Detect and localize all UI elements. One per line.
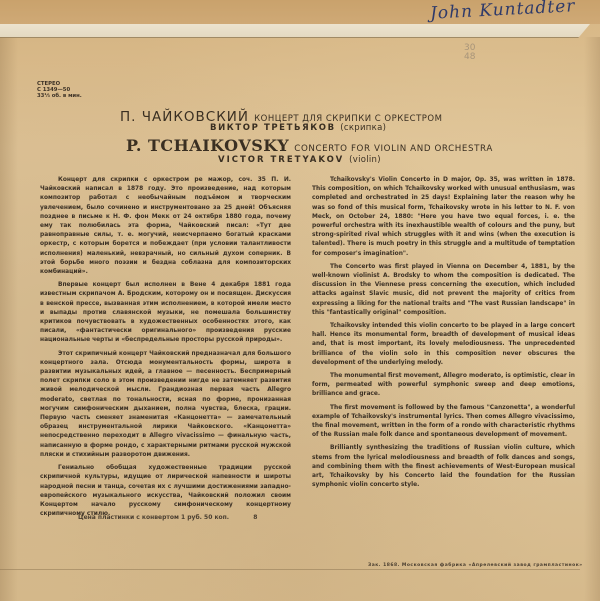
price-code: 8: [253, 514, 257, 521]
title-english: P. TCHAIKOVSKY CONCERTO FOR VIOLIN AND O…: [126, 136, 493, 155]
footer-fold-line: [0, 569, 580, 570]
pencil-marks: 30 48: [464, 44, 504, 62]
paragraph: Brilliantly synthesizing the traditions …: [312, 444, 575, 490]
artist-role-ru: (скрипка): [340, 123, 386, 133]
footer-print-info: Зак. 1868. Московская фабрика «Апрелевск…: [368, 563, 583, 568]
artist-name-en: VICTOR TRETYAKOV: [218, 155, 344, 165]
paragraph: Tchaikovsky's Violin Concerto in D major…: [312, 176, 575, 259]
paragraph: Этот скрипичный концерт Чайковский предн…: [40, 350, 291, 460]
pencil-mark: 48: [464, 53, 504, 62]
paragraph: Впервые концерт был исполнен в Вене 4 де…: [40, 281, 291, 345]
paragraph: Tchaikovsky intended this violin concert…: [312, 322, 575, 368]
work-title-en: CONCERTO FOR VIOLIN AND ORCHESTRA: [294, 144, 493, 154]
price-line: Цена пластинки с конвертом 1 руб. 50 коп…: [78, 514, 257, 521]
left-edge-shadow: [0, 37, 18, 601]
paragraph: Гениально обобщая художественные традици…: [40, 464, 291, 519]
composer-en: P. TCHAIKOVSKY: [126, 136, 289, 155]
right-edge-shadow: [584, 37, 600, 601]
tape-strip: [0, 24, 590, 38]
artist-role-en: (violin): [349, 155, 381, 165]
paragraph: The first movement is followed by the fa…: [312, 404, 575, 441]
artist-name-ru: ВИКТОР ТРЕТЬЯКОВ: [210, 123, 336, 133]
catalog-info: СТЕРЕО С 1349—50 33⅓ об. в мин.: [37, 81, 82, 99]
artist-ru: ВИКТОР ТРЕТЬЯКОВ (скрипка): [210, 123, 386, 133]
catalog-speed: 33⅓ об. в мин.: [37, 93, 82, 99]
paragraph: Концерт для скрипки с оркестром ре мажор…: [40, 176, 291, 277]
price-text: Цена пластинки с конвертом 1 руб. 50 коп…: [78, 514, 229, 521]
paragraph: The Concerto was first played in Vienna …: [312, 263, 575, 318]
liner-notes-english: Tchaikovsky's Violin Concerto in D major…: [312, 176, 575, 495]
liner-notes-russian: Концерт для скрипки с оркестром ре мажор…: [40, 176, 291, 523]
artist-en: VICTOR TRETYAKOV (violin): [218, 155, 381, 165]
paragraph: The monumental first movement, Allegro m…: [312, 372, 575, 400]
